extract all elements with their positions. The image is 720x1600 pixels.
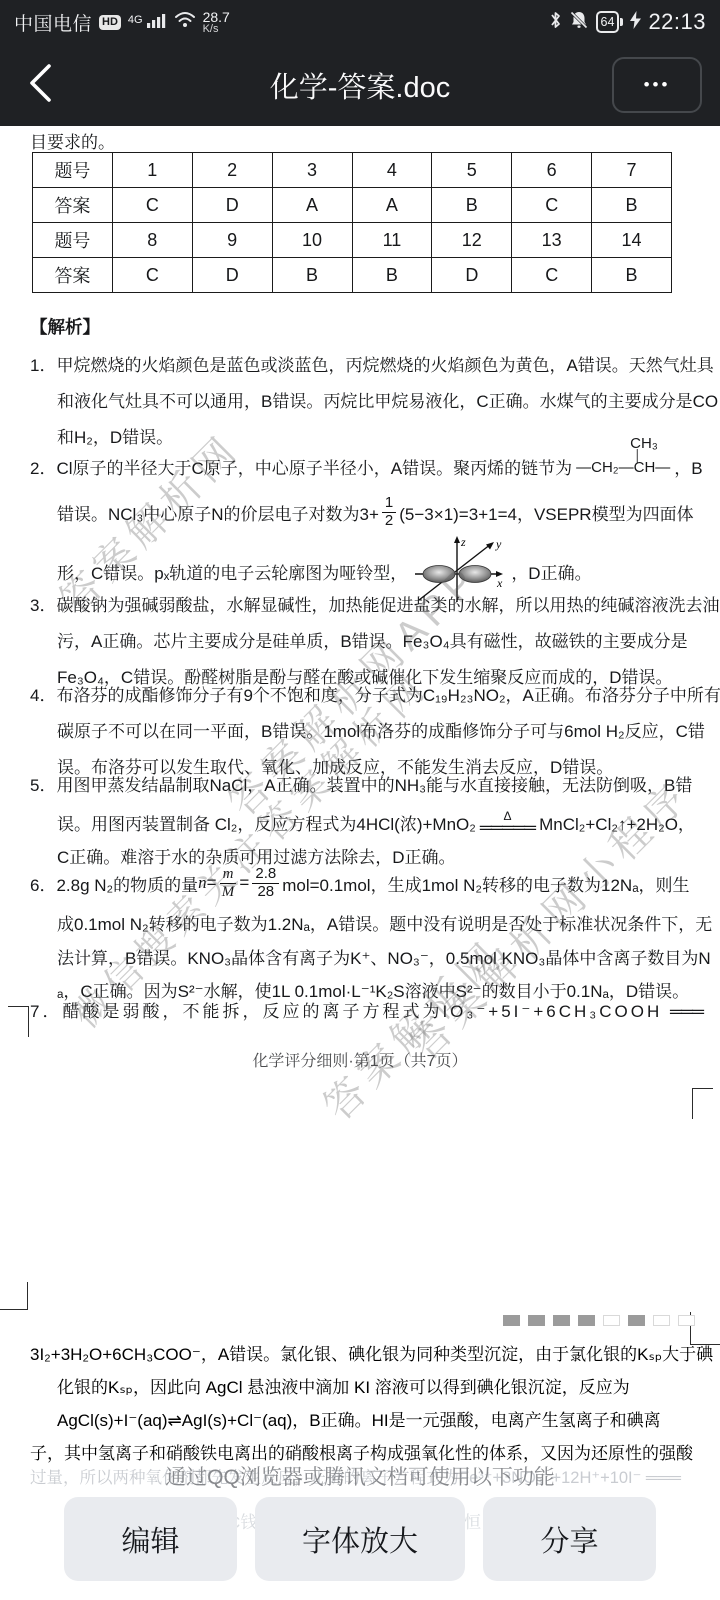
page-load-indicator [503, 1315, 695, 1326]
back-chevron-icon [27, 63, 53, 108]
table-row: 题号1234567 [33, 153, 672, 188]
fraction: 2.828 [252, 866, 279, 900]
speed-unit: K/s [203, 24, 230, 35]
network-speed: 28.7 K/s [203, 10, 230, 35]
table-cell: 题号 [33, 223, 113, 258]
text-segment: mol=0.1mol，生成1mol N₂转移的电子数为12Nₐ，则生 [282, 871, 689, 896]
text-line: 1．甲烷燃烧的火焰颜色是蓝色或淡蓝色，丙烷燃烧的火焰颜色为黄色，A错误。天然气灶… [30, 348, 692, 384]
answer-table: 题号1234567 答案CDAABCB 题号891011121314 答案CDB… [32, 152, 672, 293]
text-line: 7．醋酸是弱酸，不能拆，反应的离子方程式为IO₃⁻+5I⁻+6CH₃COOH ═… [30, 994, 692, 1030]
table-cell: B [592, 258, 672, 293]
text-line: 法计算，B错误。KNO₃晶体含有离子为K⁺、NO₃⁻，0.5mol KNO₃晶体… [30, 942, 692, 975]
carrier-name: 中国电信 [14, 9, 92, 36]
text-segment: (5−3×1)=3+1=4，VSEPR模型为四面体 [399, 500, 693, 525]
page2-text: 3I₂+3H₂O+6CH₃COO⁻，A错误。氯化银、碘化银为同种类型沉淀，由于氯… [30, 1338, 692, 1470]
more-menu-button[interactable]: ••• [612, 57, 702, 113]
page-footer: 化学评分细则·第1页（共7页） [0, 1048, 720, 1071]
table-cell: D [432, 258, 512, 293]
text-line: 碳原子不可以在同一平面，B错误。1mol布洛芬的成酯修饰分子可与6mol H₂反… [30, 714, 692, 750]
text-line: 3．碳酸钠为强碱弱酸盐，水解显碱性，加热能促进盐类的水解，所以用热的纯碱溶液洗去… [30, 588, 692, 624]
table-cell: 答案 [33, 188, 113, 223]
table-cell: B [432, 188, 512, 223]
fraction: mM [220, 866, 237, 900]
text-line: 2．Cl原子的半径大于C原子，中心原子半径小，A错误。聚丙烯的链节为 CH₃ │… [30, 444, 692, 488]
text-line: 3I₂+3H₂O+6CH₃COO⁻，A错误。氯化银、碘化银为同种类型沉淀，由于氯… [30, 1338, 692, 1371]
analysis-item-6: 6．2.8g N₂的物质的量 n = mM = 2.828 mol=0.1mol… [30, 858, 692, 1008]
battery-indicator: 64 [596, 11, 624, 33]
battery-level: 64 [596, 11, 620, 33]
variable-n: n [198, 873, 207, 893]
table-cell: A [272, 188, 352, 223]
ellipsis-icon: ••• [644, 75, 671, 95]
table-cell: 2 [192, 153, 272, 188]
table-cell: 14 [592, 223, 672, 258]
text-line: 成0.1mol N₂转移的电子数为1.2Nₐ，A错误。题中没有说明是否处于标准状… [30, 908, 692, 942]
table-cell: 6 [512, 153, 592, 188]
text-segment: 7．醋酸是弱酸，不能拆，反应的离子方程式为IO₃⁻+5I⁻+6CH₃COOH [30, 1002, 670, 1021]
text-line: 4．布洛芬的成酯修饰分子有9个不饱和度，分子式为C₁₉H₂₃NO₂，A正确。布洛… [30, 678, 692, 714]
text-segment: 错误。NCl₃中心原子N的价层电子对数为3+ [57, 500, 379, 525]
table-cell: D [192, 258, 272, 293]
edit-button[interactable]: 编辑 [64, 1497, 237, 1581]
text-line: 6．2.8g N₂的物质的量 n = mM = 2.828 mol=0.1mol… [30, 858, 692, 908]
progress-square [528, 1315, 545, 1326]
hd-badge: HD [99, 15, 121, 30]
text-line: 误。用图丙装置制备 Cl₂，反应方程式为4HCl(浓)+MnO₂ Δ ═════… [30, 804, 692, 840]
charging-bolt-icon [630, 11, 641, 34]
enlarge-font-button[interactable]: 字体放大 [255, 1497, 465, 1581]
table-cell: 1 [112, 153, 192, 188]
progress-square [503, 1315, 520, 1326]
page-corner-mark [0, 1282, 28, 1310]
table-cell: B [352, 258, 432, 293]
qq-browser-notice: 通过QQ浏览器或腾讯文档可使用以下功能 [0, 1461, 720, 1491]
table-cell: 12 [432, 223, 512, 258]
status-left: 中国电信 HD 4G 28.7 K/s [14, 9, 230, 36]
svg-text:y: y [495, 537, 502, 551]
document-title: 化学-答案.doc [120, 65, 600, 106]
battery-nub [620, 18, 623, 26]
nav-bar: 化学-答案.doc ••• [0, 44, 720, 126]
text-segment: ，B [674, 454, 702, 479]
table-cell: 10 [272, 223, 352, 258]
table-cell: 9 [192, 223, 272, 258]
wifi-icon [174, 11, 196, 33]
progress-square [553, 1315, 570, 1326]
text-segment: MnCl₂+Cl₂↑+2H₂O， [539, 810, 695, 835]
table-cell: B [592, 188, 672, 223]
table-cell: 4 [352, 153, 432, 188]
notifications-muted-icon [569, 10, 589, 35]
table-row: 答案CDBBDCB [33, 258, 672, 293]
table-cell: C [512, 258, 592, 293]
share-button[interactable]: 分享 [483, 1497, 656, 1581]
clock: 22:13 [648, 9, 706, 35]
svg-text:z: z [460, 535, 466, 549]
double-line-symbol: ═══ [670, 1002, 703, 1021]
analysis-item-2: 2．Cl原子的半径大于C原子，中心原子半径小，A错误。聚丙烯的链节为 CH₃ │… [30, 444, 692, 606]
text-segment: ，D正确。 [511, 559, 591, 584]
table-row: 题号891011121314 [33, 223, 672, 258]
table-cell: 题号 [33, 153, 113, 188]
network-type-label: 4G [128, 14, 143, 26]
text-line: 污，A正确。芯片主要成分是硅单质，B错误。Fe₃O₄具有磁性，故磁铁的主要成分是 [30, 624, 692, 660]
table-cell: 5 [432, 153, 512, 188]
status-bar: 中国电信 HD 4G 28.7 K/s 64 [0, 0, 720, 44]
table-cell: 8 [112, 223, 192, 258]
fraction: 12 [382, 495, 396, 529]
text-line: AgCl(s)+I⁻(aq)⇌AgI(s)+Cl⁻(aq)，B正确。HI是一元强… [30, 1404, 692, 1437]
analysis-item-7: 7．醋酸是弱酸，不能拆，反应的离子方程式为IO₃⁻+5I⁻+6CH₃COOH ═… [30, 994, 692, 1030]
phone-screen: 中国电信 HD 4G 28.7 K/s 64 [0, 0, 720, 1600]
bottom-toolbar: 编辑 字体放大 分享 [0, 1497, 720, 1581]
progress-square [628, 1315, 645, 1326]
table-cell: B [272, 258, 352, 293]
delta-equals-symbol: Δ ═════ [480, 811, 535, 833]
progress-square [603, 1315, 620, 1326]
table-cell: 3 [272, 153, 352, 188]
page-corner-mark [692, 1088, 713, 1119]
progress-square [578, 1315, 595, 1326]
speed-value: 28.7 [203, 10, 230, 24]
progress-square [653, 1315, 670, 1326]
table-cell: 11 [352, 223, 432, 258]
table-cell: D [192, 188, 272, 223]
text-segment: 误。用图丙装置制备 Cl₂，反应方程式为4HCl(浓)+MnO₂ [57, 810, 476, 835]
table-cell: C [512, 188, 592, 223]
text-line: 化银的Kₛₚ，因此向 AgCl 悬浊液中滴加 KI 溶液可以得到碘化银沉淀，反应… [30, 1371, 692, 1404]
table-cell: C [112, 258, 192, 293]
bluetooth-icon [549, 10, 562, 35]
signal-bars-icon [147, 12, 167, 33]
table-cell: A [352, 188, 432, 223]
intro-text: 目要求的。 [30, 128, 115, 153]
text-line: 错误。NCl₃中心原子N的价层电子对数为3+ 12 (5−3×1)=3+1=4，… [30, 488, 692, 536]
table-cell: 13 [512, 223, 592, 258]
back-button[interactable] [18, 63, 62, 107]
table-cell: C [112, 188, 192, 223]
page-corner-mark [8, 1006, 29, 1037]
table-cell: 7 [592, 153, 672, 188]
text-line: 5．用图甲蒸发结晶制取NaCl，A正确。装置中的NH₃能与水直接接触，无法防倒吸… [30, 768, 692, 804]
text-segment: 6．2.8g N₂的物质的量 [30, 871, 198, 896]
table-row: 答案CDAABCB [33, 188, 672, 223]
text-segment: 形，C错误。pₓ轨道的电子云轮廓图为哑铃型， [57, 559, 407, 584]
text-line: 和液化气灶具不可以通用，B错误。丙烷比甲烷易液化，C正确。水煤气的主要成分是CO [30, 384, 692, 420]
polypropylene-structure: CH₃ │ —CH₂—CH— [576, 437, 670, 475]
analysis-header: 【解析】 [30, 314, 100, 339]
status-right: 64 22:13 [549, 9, 706, 35]
table-cell: 答案 [33, 258, 113, 293]
progress-square [678, 1315, 695, 1326]
text-segment: 2．Cl原子的半径大于C原子，中心原子半径小，A错误。聚丙烯的链节为 [30, 454, 572, 479]
